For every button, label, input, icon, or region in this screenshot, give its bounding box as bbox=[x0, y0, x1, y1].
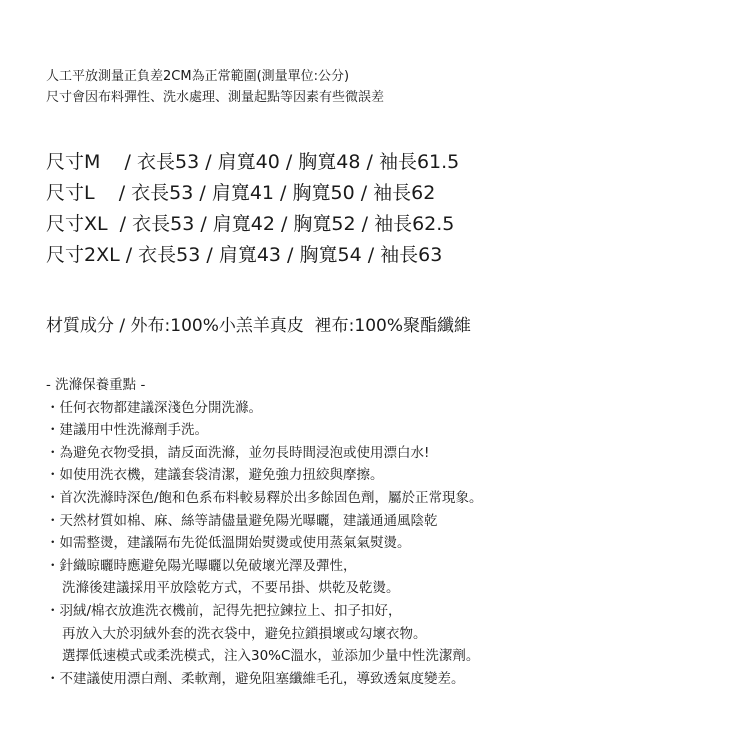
material-composition: 材質成分 / 外布:100%小羔羊真皮 裡布:100%聚酯纖維 bbox=[46, 314, 471, 338]
care-item: ・如使用洗衣機，建議套袋清潔，避免強力扭絞與摩擦。 bbox=[46, 464, 483, 487]
size-row-l: 尺寸L / 衣長53 / 肩寬41 / 胸寬50 / 袖長62 bbox=[46, 178, 459, 209]
size-row-m: 尺寸M / 衣長53 / 肩寬40 / 胸寬48 / 袖長61.5 bbox=[46, 147, 459, 178]
care-title: - 洗滌保養重點 - bbox=[46, 374, 483, 397]
care-item: ・如需整燙，建議隔布先從低溫開始熨燙或使用蒸氣氣熨燙。 bbox=[46, 532, 483, 555]
size-row-2xl: 尺寸2XL / 衣長53 / 肩寬43 / 胸寬54 / 袖長63 bbox=[46, 240, 459, 271]
care-item: ・天然材質如棉、麻、絲等請儘量避免陽光曝曬，建議通通風陰乾 bbox=[46, 510, 483, 533]
care-item: ・建議用中性洗滌劑手洗。 bbox=[46, 419, 483, 442]
care-item: ・羽絨/棉衣放進洗衣機前，記得先把拉鍊拉上、扣子扣好， bbox=[46, 600, 483, 623]
note-line: 人工平放測量正負差2CM為正常範圍(測量單位:公分) bbox=[46, 66, 384, 87]
care-item-continuation: 選擇低速模式或柔洗模式，注入30%C溫水，並添加少量中性洗潔劑。 bbox=[46, 645, 483, 668]
care-item: ・為避免衣物受損，請反面洗滌，並勿長時間浸泡或使用漂白水! bbox=[46, 442, 483, 465]
care-item-continuation: 再放入大於羽絨外套的洗衣袋中，避免拉鎖損壞或勾壞衣物。 bbox=[46, 623, 483, 646]
note-line: 尺寸會因布料彈性、洗水處理、測量起點等因素有些微誤差 bbox=[46, 87, 384, 108]
care-item: ・不建議使用漂白劑、柔軟劑，避免阻塞纖維毛孔，導致透氣度變差。 bbox=[46, 668, 483, 691]
measurement-notes: 人工平放測量正負差2CM為正常範圍(測量單位:公分) 尺寸會因布料彈性、洗水處理… bbox=[46, 66, 384, 108]
size-row-xl: 尺寸XL / 衣長53 / 肩寬42 / 胸寬52 / 袖長62.5 bbox=[46, 209, 459, 240]
care-item: ・首次洗滌時深色/飽和色系布料較易釋於出多餘固色劑，屬於正常現象。 bbox=[46, 487, 483, 510]
care-item: ・針織晾曬時應避免陽光曝曬以免破壞光澤及彈性， bbox=[46, 555, 483, 578]
care-item: ・任何衣物都建議深淺色分開洗滌。 bbox=[46, 397, 483, 420]
size-chart: 尺寸M / 衣長53 / 肩寬40 / 胸寬48 / 袖長61.5 尺寸L / … bbox=[46, 147, 459, 271]
care-item-continuation: 洗滌後建議採用平放陰乾方式，不要吊掛、烘乾及乾燙。 bbox=[46, 577, 483, 600]
care-instructions: - 洗滌保養重點 - ・任何衣物都建議深淺色分開洗滌。 ・建議用中性洗滌劑手洗。… bbox=[46, 374, 483, 690]
